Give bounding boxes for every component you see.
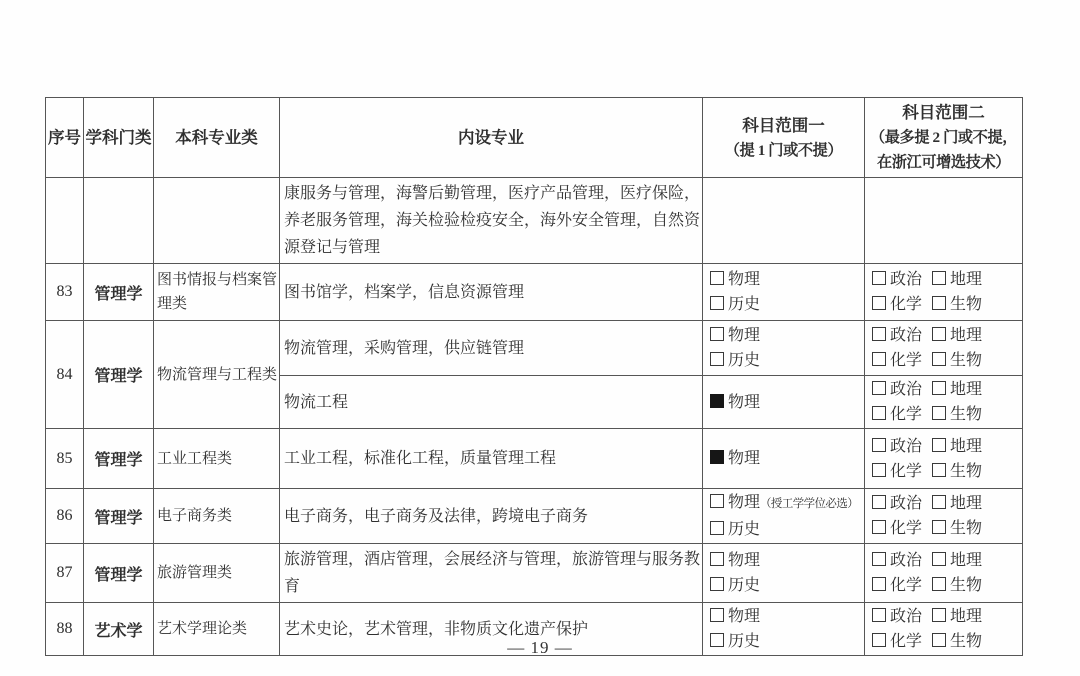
table-row: 87管理学旅游管理类旅游管理，酒店管理，会展经济与管理，旅游管理与服务教育物理历… xyxy=(46,544,1023,603)
checkbox-unchecked-icon xyxy=(710,296,724,310)
subject-option-label: 地理 xyxy=(950,327,982,344)
subject-range1-cell: 物理历史 xyxy=(703,544,865,603)
subject-option: 物理 xyxy=(710,450,760,467)
subject-option-line: 物理 xyxy=(710,604,862,629)
checkbox-unchecked-icon xyxy=(932,463,946,477)
col-header-majors: 内设专业 xyxy=(280,98,703,178)
checkbox-unchecked-icon xyxy=(932,495,946,509)
checkbox-unchecked-icon xyxy=(710,494,724,508)
subject-option-line: 物理 xyxy=(710,267,862,292)
page-number: — 19 — xyxy=(0,638,1080,658)
checkbox-unchecked-icon xyxy=(710,327,724,341)
col-header-subject-range-2-note-2: 在浙江可增选技术） xyxy=(865,150,1022,175)
table-body: 康服务与管理，海警后勤管理，医疗产品管理，医疗保险，养老服务管理，海关检验检疫安… xyxy=(46,178,1023,656)
subject-option-line: 政治地理 xyxy=(872,604,1020,629)
checkbox-unchecked-icon xyxy=(932,327,946,341)
subject-option-line: 化学生物 xyxy=(872,516,1020,541)
checkbox-unchecked-icon xyxy=(872,552,886,566)
subject-option: 化学 xyxy=(872,577,922,594)
subject-option-label: 化学 xyxy=(890,406,922,423)
col-header-major-class: 本科专业类 xyxy=(154,98,280,178)
category-cell: 管理学 xyxy=(84,544,154,603)
checkbox-unchecked-icon xyxy=(932,577,946,591)
checkbox-unchecked-icon xyxy=(932,352,946,366)
majors-cell: 物流工程 xyxy=(280,376,703,429)
subject-option: 生物 xyxy=(932,463,982,480)
col-header-category: 学科门类 xyxy=(84,98,154,178)
subject-option-label: 物理 xyxy=(728,327,760,344)
scanned-document-page: 序号 学科门类 本科专业类 内设专业 科目范围一 （提 1 门或不提） 科目范围… xyxy=(0,0,1080,676)
subject-option: 化学 xyxy=(872,520,922,537)
subject-option: 地理 xyxy=(932,608,982,625)
subject-option-line: 政治地理 xyxy=(872,491,1020,516)
checkbox-unchecked-icon xyxy=(932,608,946,622)
subject-option-label: 生物 xyxy=(950,352,982,369)
majors-cell: 旅游管理，酒店管理，会展经济与管理，旅游管理与服务教育 xyxy=(280,544,703,603)
major-class-cell: 物流管理与工程类 xyxy=(154,321,280,429)
subject-option-label: 物理 xyxy=(728,494,760,511)
checkbox-unchecked-icon xyxy=(710,271,724,285)
major-class-cell: 图书情报与档案管理类 xyxy=(154,264,280,321)
subject-option-line: 政治地理 xyxy=(872,434,1020,459)
subject-option-line: 历史 xyxy=(710,348,862,373)
subject-range1-cell: 物理 xyxy=(703,429,865,489)
subject-option-line: 物理 xyxy=(710,390,862,415)
col-header-subject-range-2: 科目范围二 （最多提 2 门或不提， 在浙江可增选技术） xyxy=(865,98,1023,178)
subject-option-label: 地理 xyxy=(950,381,982,398)
checkbox-checked-icon xyxy=(710,450,724,464)
subject-option: 政治 xyxy=(872,552,922,569)
subject-range2-cell xyxy=(865,178,1023,264)
subject-option-line: 历史 xyxy=(710,292,862,317)
majors-cell: 康服务与管理，海警后勤管理，医疗产品管理，医疗保险，养老服务管理，海关检验检疫安… xyxy=(280,178,703,264)
col-header-subject-range-1: 科目范围一 （提 1 门或不提） xyxy=(703,98,865,178)
subject-option-line: 物理（授工学学位必选） xyxy=(710,490,862,517)
subject-option: 政治 xyxy=(872,271,922,288)
subject-option-label: 地理 xyxy=(950,438,982,455)
subject-option: 生物 xyxy=(932,577,982,594)
subject-option-label: 生物 xyxy=(950,463,982,480)
checkbox-unchecked-icon xyxy=(872,520,886,534)
subject-option: 地理 xyxy=(932,381,982,398)
subject-option: 生物 xyxy=(932,352,982,369)
subject-option: 化学 xyxy=(872,352,922,369)
subject-option-label: 历史 xyxy=(728,296,760,313)
subject-option: 历史 xyxy=(710,352,760,369)
subject-option-label: 政治 xyxy=(890,381,922,398)
subject-option: 生物 xyxy=(932,296,982,313)
col-header-subject-range-2-note-1: （最多提 2 门或不提， xyxy=(865,125,1022,150)
subject-option-label: 物理 xyxy=(728,552,760,569)
subject-option-label: 化学 xyxy=(890,577,922,594)
subject-option-line: 政治地理 xyxy=(872,548,1020,573)
row-no-cell: 87 xyxy=(46,544,84,603)
subject-option: 地理 xyxy=(932,438,982,455)
subject-option: 政治 xyxy=(872,608,922,625)
checkbox-unchecked-icon xyxy=(710,521,724,535)
category-cell: 管理学 xyxy=(84,321,154,429)
subject-option: 物理 xyxy=(710,394,760,411)
subject-option: 生物 xyxy=(932,406,982,423)
subject-range1-cell: 物理（授工学学位必选）历史 xyxy=(703,489,865,544)
subject-option-line: 政治地理 xyxy=(872,323,1020,348)
subject-option: 政治 xyxy=(872,438,922,455)
checkbox-unchecked-icon xyxy=(932,552,946,566)
checkbox-unchecked-icon xyxy=(872,463,886,477)
checkbox-unchecked-icon xyxy=(872,296,886,310)
subject-option-label: 政治 xyxy=(890,438,922,455)
subject-range2-cell: 政治地理化学生物 xyxy=(865,429,1023,489)
subject-option: 地理 xyxy=(932,552,982,569)
major-class-cell xyxy=(154,178,280,264)
subject-option: 历史 xyxy=(710,521,760,538)
major-class-cell: 工业工程类 xyxy=(154,429,280,489)
checkbox-unchecked-icon xyxy=(932,271,946,285)
subject-option: 政治 xyxy=(872,495,922,512)
subject-option-line: 政治地理 xyxy=(872,377,1020,402)
checkbox-unchecked-icon xyxy=(932,438,946,452)
checkbox-unchecked-icon xyxy=(710,352,724,366)
col-header-subject-range-1-title: 科目范围一 xyxy=(703,113,864,138)
major-class-cell: 电子商务类 xyxy=(154,489,280,544)
subject-option: 历史 xyxy=(710,296,760,313)
subject-option-line: 化学生物 xyxy=(872,402,1020,427)
checkbox-unchecked-icon xyxy=(710,552,724,566)
subject-option: 地理 xyxy=(932,271,982,288)
subject-option: 化学 xyxy=(872,463,922,480)
subject-range2-cell: 政治地理化学生物 xyxy=(865,489,1023,544)
checkbox-unchecked-icon xyxy=(872,271,886,285)
checkbox-unchecked-icon xyxy=(872,352,886,366)
subject-option-label: 政治 xyxy=(890,271,922,288)
row-no-cell xyxy=(46,178,84,264)
subject-option-label: 化学 xyxy=(890,352,922,369)
subject-option-label: 政治 xyxy=(890,495,922,512)
subject-option-label: 生物 xyxy=(950,296,982,313)
table-row: 84管理学物流管理与工程类物流管理，采购管理，供应链管理物理历史政治地理化学生物 xyxy=(46,321,1023,376)
checkbox-unchecked-icon xyxy=(872,381,886,395)
checkbox-unchecked-icon xyxy=(872,438,886,452)
subject-option-label: 物理 xyxy=(728,450,760,467)
checkbox-unchecked-icon xyxy=(932,406,946,420)
major-class-cell: 旅游管理类 xyxy=(154,544,280,603)
row-no-cell: 86 xyxy=(46,489,84,544)
subject-option: 物理（授工学学位必选） xyxy=(710,494,858,511)
subject-option: 物理 xyxy=(710,271,760,288)
subject-option-line: 化学生物 xyxy=(872,292,1020,317)
subject-option-line: 物理 xyxy=(710,446,862,471)
table-row: 86管理学电子商务类电子商务，电子商务及法律，跨境电子商务物理（授工学学位必选）… xyxy=(46,489,1023,544)
subject-option: 历史 xyxy=(710,577,760,594)
subject-option-label: 化学 xyxy=(890,463,922,480)
subject-option-label: 物理 xyxy=(728,394,760,411)
subject-option-label: 生物 xyxy=(950,520,982,537)
header-row: 序号 学科门类 本科专业类 内设专业 科目范围一 （提 1 门或不提） 科目范围… xyxy=(46,98,1023,178)
subject-option-label: 政治 xyxy=(890,608,922,625)
checkbox-unchecked-icon xyxy=(932,520,946,534)
subject-range1-cell: 物理历史 xyxy=(703,264,865,321)
checkbox-unchecked-icon xyxy=(872,577,886,591)
subject-range1-cell: 物理历史 xyxy=(703,321,865,376)
category-cell: 管理学 xyxy=(84,489,154,544)
checkbox-checked-icon xyxy=(710,394,724,408)
majors-cell: 电子商务，电子商务及法律，跨境电子商务 xyxy=(280,489,703,544)
checkbox-unchecked-icon xyxy=(872,327,886,341)
subject-option-label: 政治 xyxy=(890,327,922,344)
majors-cell: 图书馆学，档案学，信息资源管理 xyxy=(280,264,703,321)
subject-option-label: 历史 xyxy=(728,352,760,369)
checkbox-unchecked-icon xyxy=(710,608,724,622)
subject-option-line: 历史 xyxy=(710,517,862,542)
col-header-no: 序号 xyxy=(46,98,84,178)
subject-option-line: 物理 xyxy=(710,323,862,348)
subject-option: 地理 xyxy=(932,327,982,344)
subject-option-label: 历史 xyxy=(728,577,760,594)
row-no-cell: 85 xyxy=(46,429,84,489)
subject-option-label: 生物 xyxy=(950,406,982,423)
subject-option: 地理 xyxy=(932,495,982,512)
subject-range2-cell: 政治地理化学生物 xyxy=(865,544,1023,603)
table-row: 85管理学工业工程类工业工程，标准化工程，质量管理工程物理政治地理化学生物 xyxy=(46,429,1023,489)
checkbox-unchecked-icon xyxy=(932,381,946,395)
row-no-cell: 84 xyxy=(46,321,84,429)
subject-requirements-table: 序号 学科门类 本科专业类 内设专业 科目范围一 （提 1 门或不提） 科目范围… xyxy=(45,97,1023,656)
subject-option: 物理 xyxy=(710,552,760,569)
subject-range2-cell: 政治地理化学生物 xyxy=(865,264,1023,321)
subject-option: 政治 xyxy=(872,381,922,398)
category-cell: 管理学 xyxy=(84,264,154,321)
col-header-subject-range-1-note: （提 1 门或不提） xyxy=(703,138,864,163)
subject-option-line: 物理 xyxy=(710,548,862,573)
subject-option-label: 政治 xyxy=(890,552,922,569)
subject-option: 物理 xyxy=(710,327,760,344)
subject-option-label: 生物 xyxy=(950,577,982,594)
subject-option-label: 物理 xyxy=(728,608,760,625)
table-header: 序号 学科门类 本科专业类 内设专业 科目范围一 （提 1 门或不提） 科目范围… xyxy=(46,98,1023,178)
subject-option: 化学 xyxy=(872,296,922,313)
subject-option-line: 历史 xyxy=(710,573,862,598)
subject-option-note: （授工学学位必选） xyxy=(760,498,858,510)
subject-option-label: 化学 xyxy=(890,296,922,313)
subject-option-line: 化学生物 xyxy=(872,573,1020,598)
subject-option: 政治 xyxy=(872,327,922,344)
subject-option-label: 地理 xyxy=(950,271,982,288)
subject-range2-cell: 政治地理化学生物 xyxy=(865,321,1023,376)
checkbox-unchecked-icon xyxy=(872,406,886,420)
subject-option: 生物 xyxy=(932,520,982,537)
checkbox-unchecked-icon xyxy=(710,577,724,591)
subject-range1-cell: 物理 xyxy=(703,376,865,429)
col-header-subject-range-2-title: 科目范围二 xyxy=(865,100,1022,125)
subject-option-label: 物理 xyxy=(728,271,760,288)
subject-option-label: 化学 xyxy=(890,520,922,537)
subject-option-line: 政治地理 xyxy=(872,267,1020,292)
table-row: 康服务与管理，海警后勤管理，医疗产品管理，医疗保险，养老服务管理，海关检验检疫安… xyxy=(46,178,1023,264)
subject-option: 化学 xyxy=(872,406,922,423)
subject-range1-cell xyxy=(703,178,865,264)
category-cell: 管理学 xyxy=(84,429,154,489)
subject-option-label: 地理 xyxy=(950,608,982,625)
subject-option-line: 化学生物 xyxy=(872,348,1020,373)
row-no-cell: 83 xyxy=(46,264,84,321)
subject-option: 物理 xyxy=(710,608,760,625)
majors-cell: 物流管理，采购管理，供应链管理 xyxy=(280,321,703,376)
checkbox-unchecked-icon xyxy=(872,495,886,509)
majors-cell: 工业工程，标准化工程，质量管理工程 xyxy=(280,429,703,489)
subject-option-label: 地理 xyxy=(950,552,982,569)
subject-option-label: 历史 xyxy=(728,521,760,538)
category-cell xyxy=(84,178,154,264)
subject-range2-cell: 政治地理化学生物 xyxy=(865,376,1023,429)
table-row: 83管理学图书情报与档案管理类图书馆学，档案学，信息资源管理物理历史政治地理化学… xyxy=(46,264,1023,321)
checkbox-unchecked-icon xyxy=(932,296,946,310)
subject-option-label: 地理 xyxy=(950,495,982,512)
checkbox-unchecked-icon xyxy=(872,608,886,622)
subject-option-line: 化学生物 xyxy=(872,459,1020,484)
